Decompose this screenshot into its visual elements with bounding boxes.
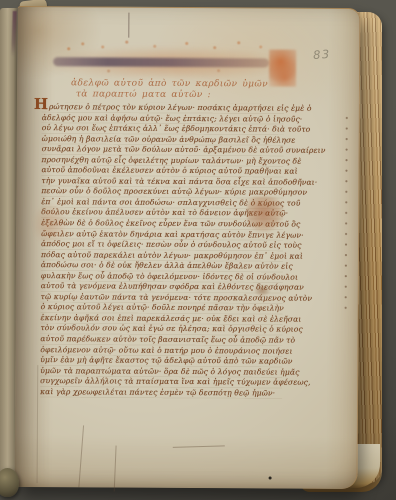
stain-left-margin	[32, 201, 68, 247]
heading-line-2: τὰ παραπτώ ματα αὐτῶν :	[76, 89, 396, 101]
pricking-holes	[344, 115, 349, 313]
crease-top	[128, 13, 129, 38]
parchment-hole	[269, 476, 272, 479]
heading-line-1: ἀδελφῶ αὐτοῦ ἀπὸ τῶν καρδιῶν ὑμῶν	[71, 78, 396, 90]
rubric-stain-speckles	[67, 47, 70, 50]
erased-rubric-smear	[53, 57, 269, 67]
crease-bottom-mid	[114, 446, 117, 492]
crease-bottom-left	[78, 425, 84, 487]
scratch-mark	[173, 445, 225, 447]
crease-gutter	[37, 365, 39, 483]
stain-small	[254, 284, 271, 296]
stain-right-margin	[247, 196, 283, 232]
text-line: καὶ γὰρ χρεωφειλέται πάντες ἐσμὲν τῷ δεσ…	[40, 387, 282, 399]
text-block: ρώτησεν ὁ πέτρος τὸν κύριον λέγων· ποσάκ…	[40, 102, 284, 401]
folio-number: 83	[313, 46, 348, 66]
binding-clasp	[0, 468, 19, 497]
manuscript-photo: 83 ἀδελφῶ αὐτοῦ ἀπὸ τῶν καρδιῶν ὑμῶν τὰ …	[0, 0, 396, 500]
manuscript-page: 83 ἀδελφῶ αὐτοῦ ἀπὸ τῶν καρδιῶν ὑμῶν τὰ …	[15, 6, 361, 489]
